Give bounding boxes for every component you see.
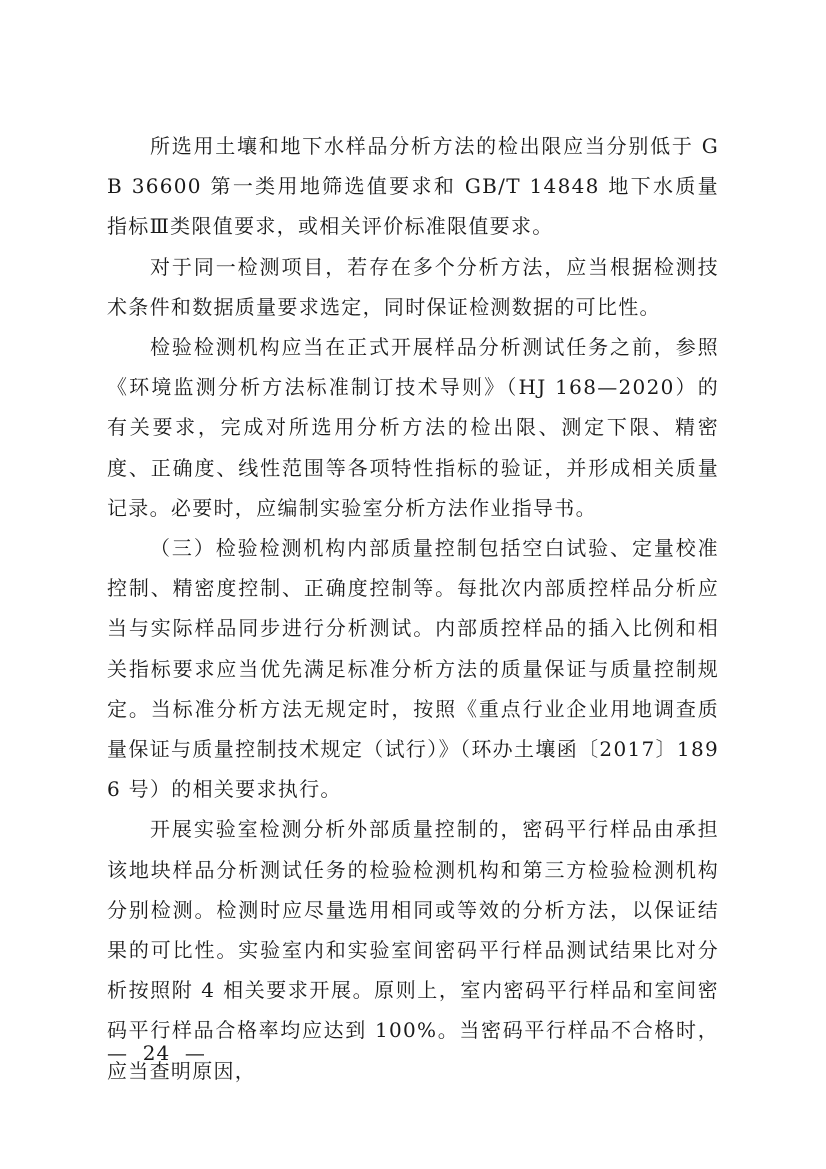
paragraph-method-verification: 检验检测机构应当在正式开展样品分析测试任务之前，参照《环境监测分析方法标准制订技…: [107, 327, 719, 528]
document-body: 所选用土壤和地下水样品分析方法的检出限应当分别低于 GB 36600 第一类用地…: [107, 126, 719, 1091]
paragraph-method-selection: 对于同一检测项目，若存在多个分析方法，应当根据检测技术条件和数据质量要求选定，同…: [107, 247, 719, 327]
page-number: — 24 —: [107, 1039, 206, 1067]
paragraph-detection-limit: 所选用土壤和地下水样品分析方法的检出限应当分别低于 GB 36600 第一类用地…: [107, 126, 719, 247]
paragraph-internal-quality-control: （三）检验检测机构内部质量控制包括空白试验、定量校准控制、精密度控制、正确度控制…: [107, 528, 719, 809]
